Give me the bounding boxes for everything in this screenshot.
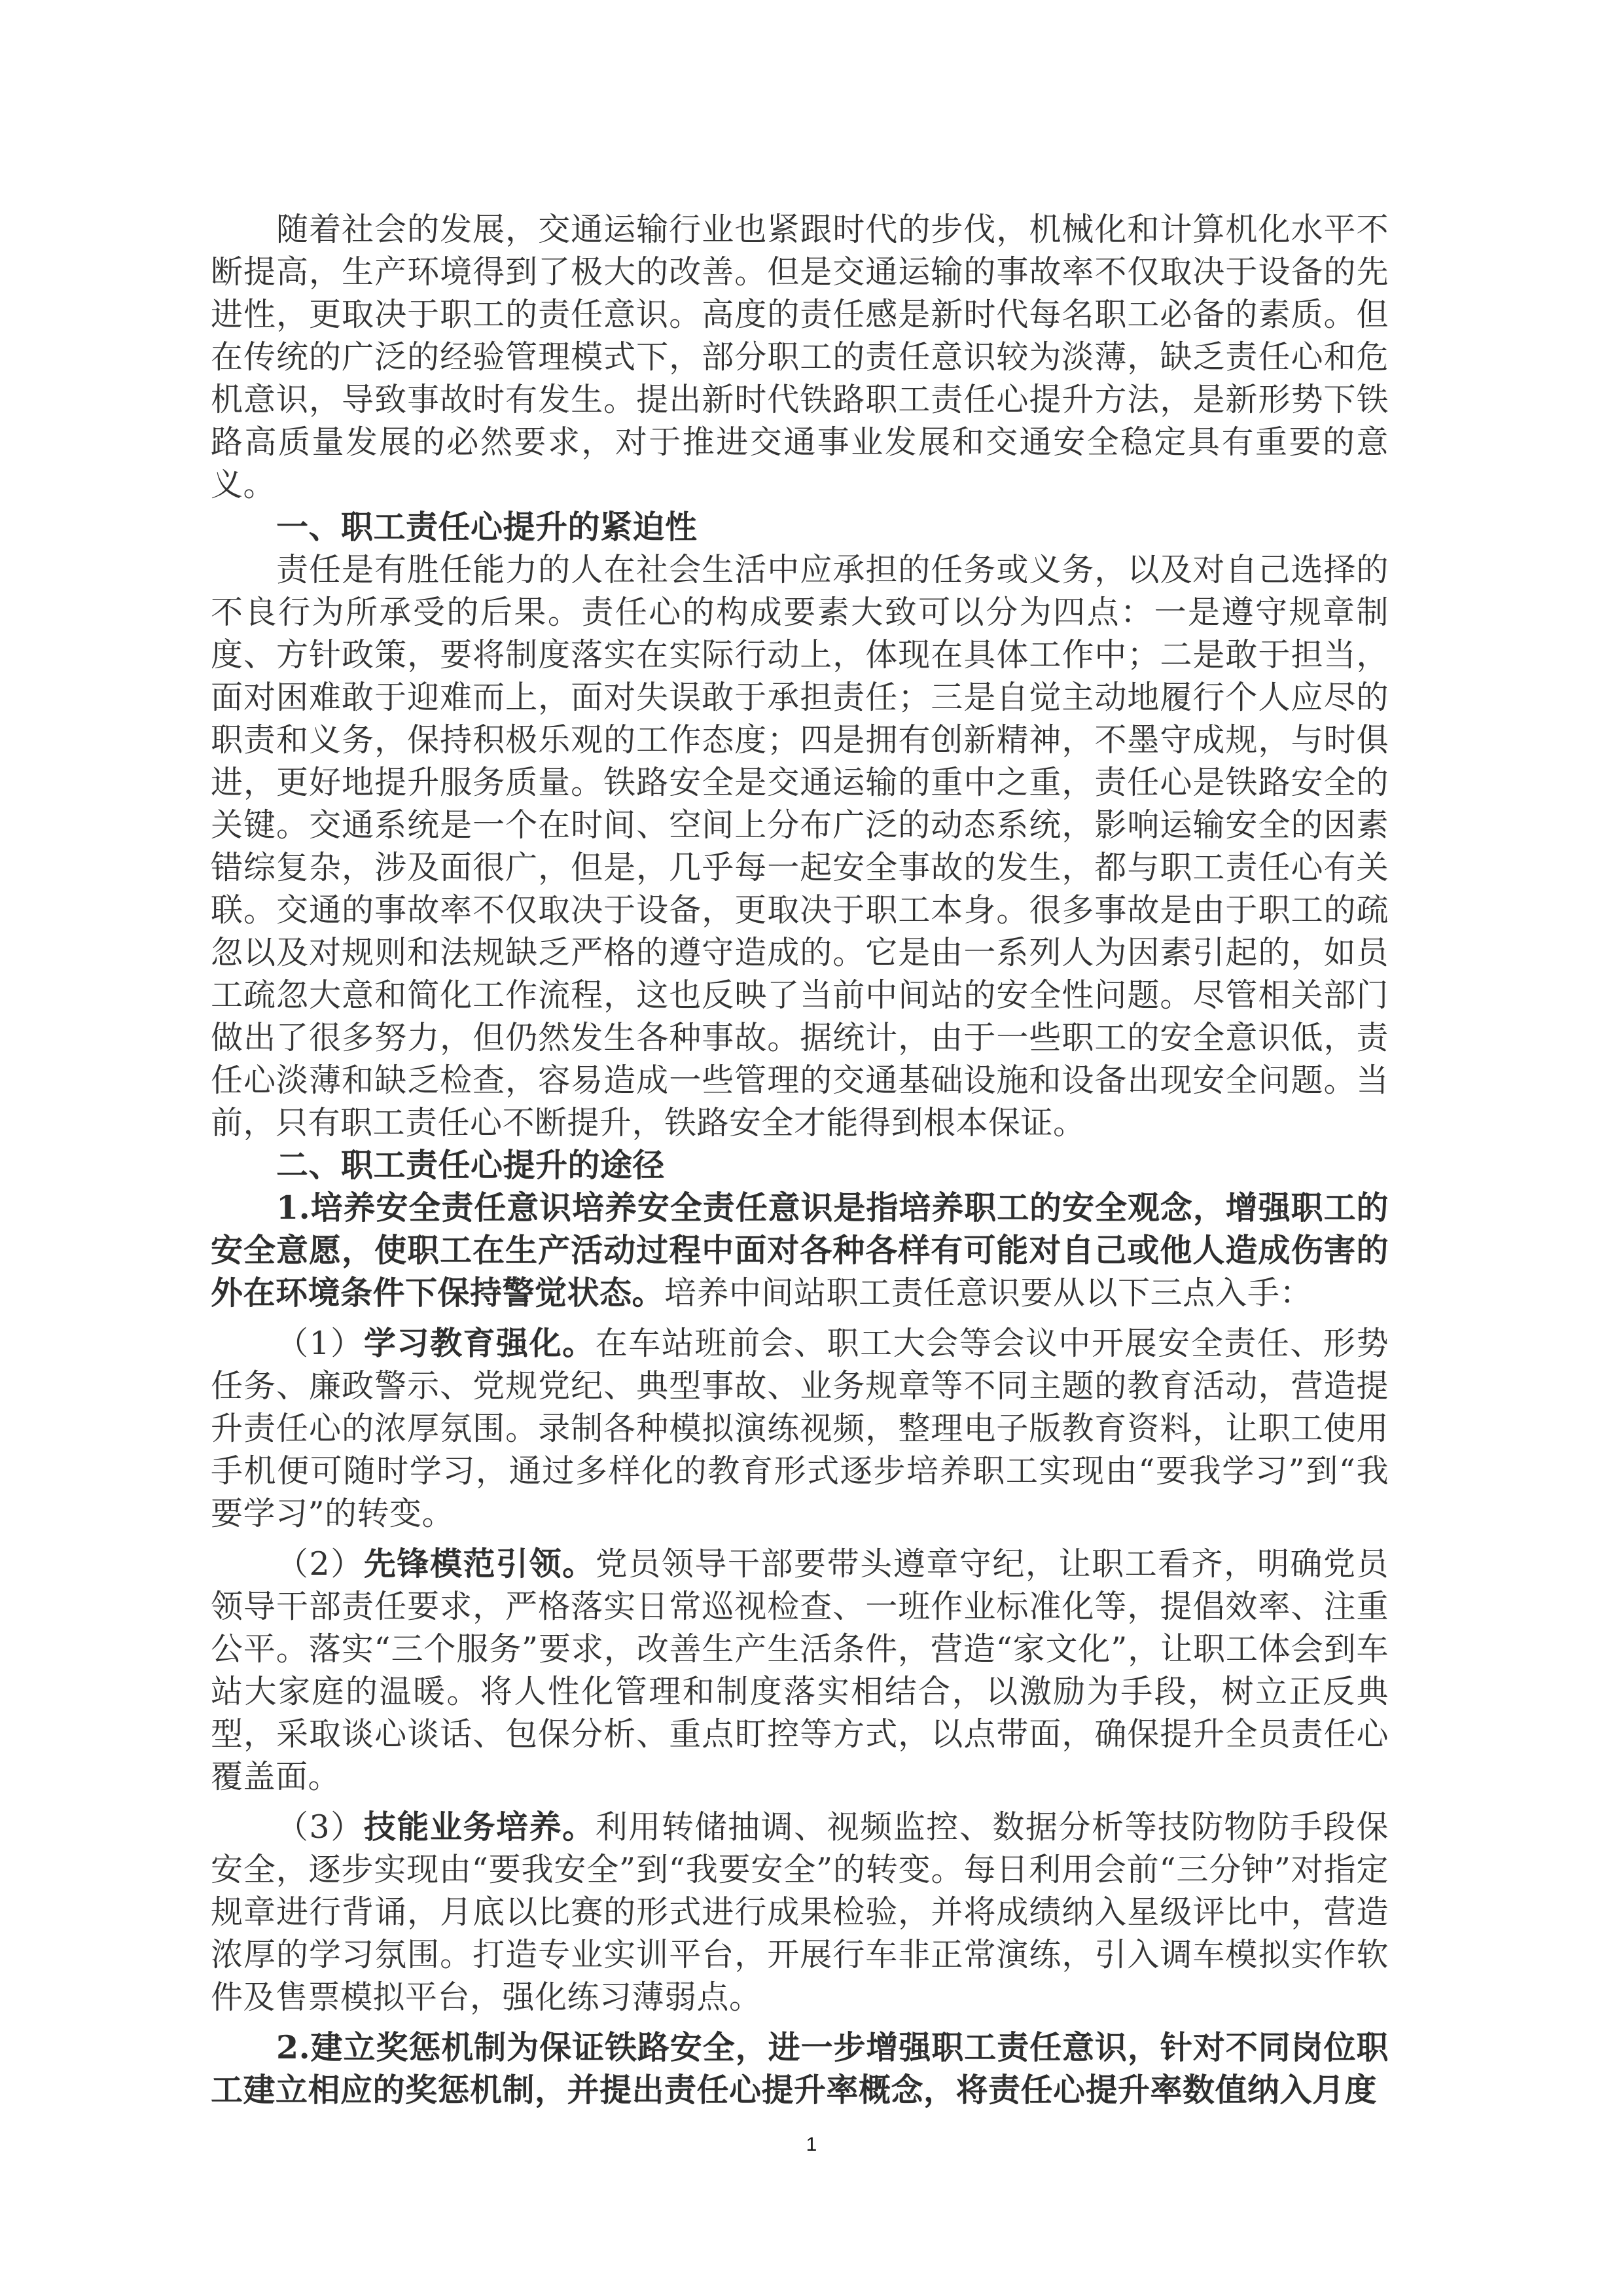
intro-paragraph: 随着社会的发展，交通运输行业也紧跟时代的步伐，机械化和计算机化水平不断提高，生产…: [211, 208, 1389, 506]
approach-2-title: 2.建立奖惩机制为保证铁路安全，进一步增强职工责任意识，针对不同岗位职工建立相应…: [211, 2028, 1389, 2109]
subpoint-1-title: 学习教育强化。: [364, 1324, 596, 1362]
subpoint-3-label: （3）: [276, 1808, 364, 1846]
subpoint-1-label: （1）: [276, 1325, 364, 1362]
document-page: 随着社会的发展，交通运输行业也紧跟时代的步伐，机械化和计算机化水平不断提高，生产…: [0, 0, 1623, 2296]
section-heading-urgency: 一、职工责任心提升的紧迫性: [211, 506, 1389, 548]
subpoint-1-paragraph: （1）学习教育强化。在车站班前会、职工大会等会议中开展安全责任、形势任务、廉政警…: [211, 1322, 1389, 1535]
subpoint-2-title: 先锋模范引领。: [364, 1545, 596, 1583]
approach-1-paragraph: 1.培养安全责任意识培养安全责任意识是指培养职工的安全观念，增强职工的安全意愿，…: [211, 1187, 1389, 1314]
document-body: 随着社会的发展，交通运输行业也紧跟时代的步伐，机械化和计算机化水平不断提高，生产…: [211, 208, 1389, 2111]
subpoint-2-label: （2）: [276, 1545, 364, 1583]
urgency-paragraph: 责任是有胜任能力的人在社会生活中应承担的任务或义务，以及对自己选择的不良行为所承…: [211, 548, 1389, 1144]
approach-1-text: 培养中间站职工责任意识要从以下三点入手：: [664, 1274, 1312, 1312]
subpoint-2-paragraph: （2）先锋模范引领。党员领导干部要带头遵章守纪，让职工看齐，明确党员领导干部责任…: [211, 1543, 1389, 1798]
subpoint-2-text: 党员领导干部要带头遵章守纪，让职工看齐，明确党员领导干部责任要求，严格落实日常巡…: [211, 1545, 1389, 1795]
subpoint-3-title: 技能业务培养。: [364, 1808, 596, 1846]
approach-2-paragraph: 2.建立奖惩机制为保证铁路安全，进一步增强职工责任意识，针对不同岗位职工建立相应…: [211, 2026, 1389, 2111]
section-heading-approaches: 二、职工责任心提升的途径: [211, 1144, 1389, 1187]
page-number: 1: [0, 2134, 1623, 2156]
subpoint-3-paragraph: （3）技能业务培养。利用转储抽调、视频监控、数据分析等技防物防手段保安全，逐步实…: [211, 1806, 1389, 2018]
